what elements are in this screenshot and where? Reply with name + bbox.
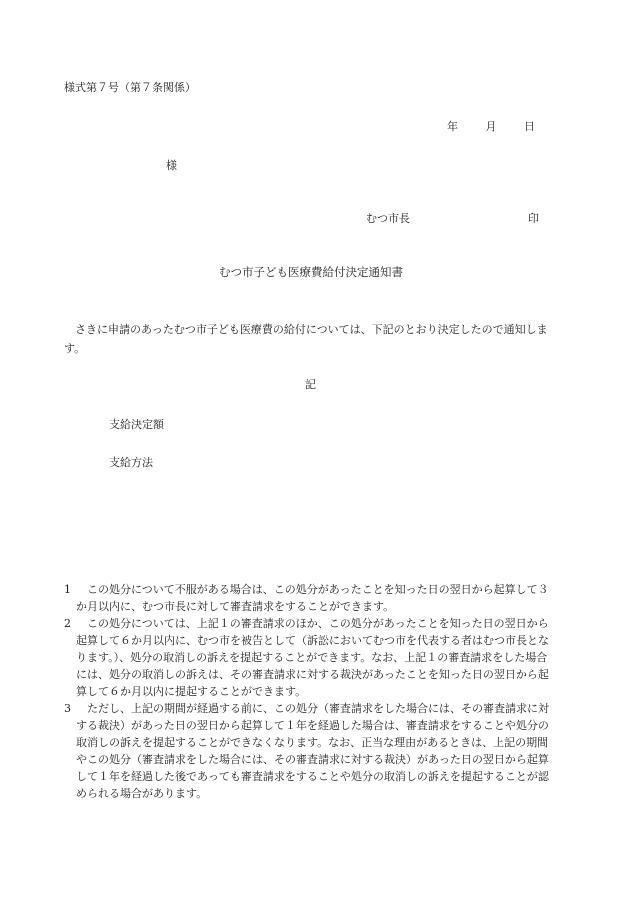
- seal-label: 印: [528, 210, 539, 226]
- date-line: 年 月 日: [447, 118, 535, 134]
- field-payment-amount-label: 支給決定額: [109, 416, 164, 432]
- ki-heading: 記: [305, 376, 316, 392]
- note-text: ただし、上記の期間が経過する前に、この処分（審査請求をした場合には、その審査請求…: [76, 700, 556, 802]
- body-paragraph: さきに申請のあったむつ市子ども医療費の給付については、下記のとおり決定したので通…: [64, 320, 556, 358]
- note-text: この処分については、上記１の審査請求のほか、この処分があったことを知った日の翌日…: [76, 615, 556, 700]
- form-number: 様式第７号（第７条関係）: [64, 79, 196, 95]
- addressee-suffix: 様: [166, 157, 177, 173]
- date-year-label: 年: [447, 118, 458, 134]
- notes-section: 1 この処分について不服がある場合は、この処分があったことを知った日の翌日から起…: [64, 581, 556, 802]
- note-item: 1 この処分について不服がある場合は、この処分があったことを知った日の翌日から起…: [64, 581, 556, 615]
- note-item: 3 ただし、上記の期間が経過する前に、この処分（審査請求をした場合には、その審査…: [64, 700, 556, 802]
- note-number: 3: [64, 700, 76, 717]
- date-month-label: 月: [486, 118, 497, 134]
- issuer-name: むつ市長: [366, 210, 410, 226]
- note-number: 1: [64, 581, 76, 598]
- document-title: むつ市子ども医療費給付決定通知書: [219, 264, 403, 280]
- note-item: 2 この処分については、上記１の審査請求のほか、この処分があったことを知った日の…: [64, 615, 556, 700]
- date-day-label: 日: [524, 118, 535, 134]
- note-text: この処分について不服がある場合は、この処分があったことを知った日の翌日から起算し…: [76, 581, 556, 615]
- field-payment-method-label: 支給方法: [109, 454, 153, 470]
- note-number: 2: [64, 615, 76, 632]
